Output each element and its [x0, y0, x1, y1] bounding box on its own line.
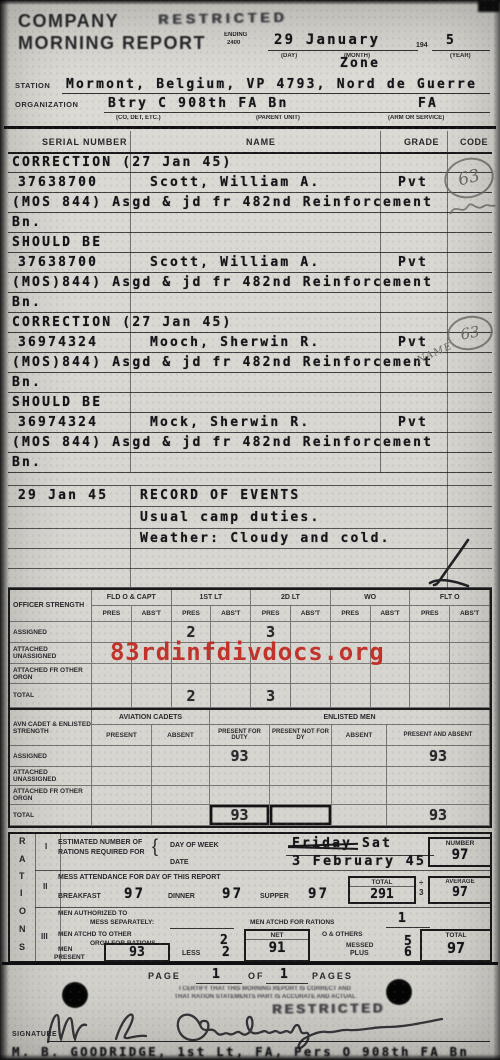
- roster-row: (MOS)844) Asgd & jd fr 482nd Reinforceme…: [8, 272, 492, 293]
- arm-service-caption: (ARM OR SERVICE): [388, 115, 444, 121]
- scan-edge-right: [493, 0, 500, 1060]
- enlisted-cell: [270, 746, 332, 767]
- o-and-others-label-1: O & OTHERS: [322, 931, 362, 938]
- events-col-rule: [130, 485, 131, 587]
- plus-label: PLUS: [350, 950, 369, 957]
- officer-cell: [331, 684, 371, 708]
- plus-value: 6: [404, 945, 414, 960]
- mess-attendance-label: MESS ATTENDANCE FOR DAY OF THIS REPORT: [58, 874, 221, 881]
- officer-cell: [132, 664, 172, 684]
- officer-cell: [371, 684, 411, 708]
- officer-cell: [291, 684, 331, 708]
- dinner-value: 97: [222, 886, 243, 902]
- rations-section: R A T I O N S I II III ESTIMATED NUMBER …: [8, 832, 492, 963]
- officer-row-label: ASSIGNED: [10, 622, 92, 643]
- officer-cell: 2: [172, 684, 212, 708]
- total-label: TOTAL: [350, 878, 414, 887]
- total-iii-box: TOTAL 97: [420, 929, 492, 962]
- roster-row: 36974324 Mock, Sherwin R. Pvt: [8, 412, 492, 433]
- enlisted-cell: [92, 767, 152, 786]
- page-label: PAGE: [148, 971, 181, 981]
- roster-grade: Pvt: [398, 255, 428, 270]
- morning-report-scan: COMPANY MORNING REPORT RESTRICTED ENDING…: [0, 0, 500, 1060]
- officer-cell: [450, 643, 490, 664]
- sub-header: PRESENT FOR DUTY: [210, 725, 270, 746]
- scan-edge-bottom: [0, 1054, 500, 1060]
- number-value: 97: [452, 847, 469, 863]
- enlisted-cell: [332, 746, 387, 767]
- day-of-week-value: Sat: [362, 836, 392, 851]
- roster-note: CORRECTION (27 Jan 45): [12, 155, 233, 170]
- date-label: DATE: [170, 859, 189, 866]
- column-serial-number: SERIAL NUMBER: [42, 137, 127, 147]
- enlisted-cell: [152, 746, 210, 767]
- enlisted-cell: [387, 786, 490, 805]
- rations-letter: A: [19, 854, 26, 864]
- enlisted-men-header: ENLISTED MEN: [210, 710, 490, 725]
- column-code: CODE: [460, 137, 488, 147]
- supper-label: SUPPER: [260, 893, 289, 900]
- men-present-value: 93: [129, 945, 145, 960]
- roster-row: 36974324 Mooch, Sherwin R. Pvt: [8, 332, 492, 353]
- form-title-line2: MORNING REPORT: [18, 33, 206, 54]
- events-title: RECORD OF EVENTS: [140, 488, 300, 503]
- mess-separately-rule: [170, 928, 234, 929]
- roster-row: Bn.: [8, 212, 492, 233]
- roman-numeral-iii: III: [41, 932, 48, 941]
- enlisted-cell: 93: [210, 746, 270, 767]
- roster-row: Bn.: [8, 452, 492, 473]
- rations-divider-2: [35, 907, 490, 908]
- average-box: AVERAGE 97: [428, 876, 492, 904]
- officer-group-header: 1ST LT: [172, 590, 252, 606]
- officer-row-label: ATTACHED UNASSIGNED: [10, 643, 92, 664]
- enlisted-cell: [387, 767, 490, 786]
- enlisted-cell: [210, 786, 270, 805]
- roster-note: SHOULD BE: [12, 395, 102, 410]
- scan-edge-corner: [478, 0, 500, 12]
- rations-letter-col-rule: [35, 834, 36, 961]
- day-of-week-label: DAY OF WEEK: [170, 842, 219, 849]
- men-present-box: 93: [104, 943, 170, 962]
- total-box: TOTAL 291: [348, 876, 416, 904]
- abst-header: ABS'T: [291, 606, 331, 622]
- men-atchd-rations-label: MEN ATCHD FOR RATIONS: [250, 919, 334, 926]
- header-divider: [4, 126, 496, 129]
- pres-header: PRES: [331, 606, 371, 622]
- breakfast-label: BREAKFAST: [58, 893, 101, 900]
- zone-typed: Zone: [340, 56, 380, 71]
- scan-edge-top: [0, 0, 500, 5]
- officer-cell: [450, 684, 490, 708]
- number-label: NUMBER: [446, 839, 475, 847]
- report-date: 29 January: [274, 32, 380, 48]
- events-rule: [8, 528, 492, 529]
- roster-serial: 37638700: [18, 255, 98, 270]
- enlisted-cell: [270, 805, 332, 826]
- events-date: 29 Jan 45: [18, 488, 108, 503]
- ending-label: ENDING: [224, 32, 247, 38]
- enlisted-cell: 93: [210, 805, 270, 826]
- rations-bottom-rule: [2, 962, 498, 965]
- enlisted-cell: [92, 805, 152, 826]
- roster-note: Bn.: [12, 455, 42, 470]
- watermark-url: 83rdinfdivdocs.org: [110, 638, 385, 666]
- enlisted-cell: 93: [387, 805, 490, 826]
- officer-group-header: FLD O & CAPT: [92, 590, 172, 606]
- enlisted-cell: [210, 767, 270, 786]
- enlisted-cell: [92, 746, 152, 767]
- events-rule: [8, 485, 492, 486]
- page-rule: [196, 983, 242, 984]
- station-value: Mormont, Belgium, VP 4793, Nord de Guerr…: [66, 77, 477, 92]
- dinner-label: DINNER: [168, 893, 195, 900]
- officer-cell: [371, 664, 411, 684]
- roster-grade: Pvt: [398, 335, 428, 350]
- certification-line-2: THAT RATION STATEMENTS PART IS ACCURATE …: [130, 994, 400, 1000]
- sub-header: PRESENT NOT FOR DY: [270, 725, 332, 746]
- organization-value: Btry C 908th FA Bn: [108, 96, 288, 111]
- date-rule: [268, 50, 418, 51]
- pres-header: PRES: [92, 606, 132, 622]
- enlisted-cell: [152, 786, 210, 805]
- officer-cell: [450, 622, 490, 643]
- year-rule: [432, 50, 490, 51]
- roster-grade: Pvt: [398, 415, 428, 430]
- officer-cell: [211, 664, 251, 684]
- roster-grade: Pvt: [398, 175, 428, 190]
- sub-header: ABSENT: [152, 725, 210, 746]
- pres-header: PRES: [172, 606, 212, 622]
- enlisted-cell: [92, 786, 152, 805]
- roster-serial: 36974324: [18, 335, 98, 350]
- roster-note: Bn.: [12, 215, 42, 230]
- certification-line-1: I CERTIFY THAT THIS MORNING REPORT IS CO…: [130, 986, 400, 992]
- net-label: NET: [246, 931, 308, 940]
- officer-cell: [172, 664, 212, 684]
- supper-value: 97: [308, 886, 329, 902]
- officer-cell: [92, 684, 132, 708]
- officer-row-label: ATTACHED FR OTHER ORGN: [10, 664, 92, 684]
- rations-letter: T: [19, 871, 25, 881]
- scan-edge-left: [0, 0, 9, 1060]
- officer-group-header: FLT O: [410, 590, 490, 606]
- officer-corner-label: OFFICER STRENGTH: [10, 590, 92, 622]
- roster-note: (MOS)844) Asgd & jd fr 482nd Reinforceme…: [12, 355, 433, 370]
- enlisted-cell: [332, 805, 387, 826]
- pres-header: PRES: [410, 606, 450, 622]
- enlisted-row-label: ATTACHED FR OTHER ORGN: [10, 786, 92, 805]
- officer-group-header: 2D LT: [251, 590, 331, 606]
- roster-row: 37638700 Scott, William A. Pvt: [8, 252, 492, 273]
- rations-letter: O: [19, 906, 26, 916]
- roster-row: (MOS 844) Asgd & jd fr 482nd Reinforceme…: [8, 432, 492, 453]
- arm-of-service-value: FA: [418, 96, 438, 111]
- day-caption: (DAY): [281, 53, 297, 59]
- officer-cell: [450, 664, 490, 684]
- officer-cell: [410, 664, 450, 684]
- co-det-caption: (CO, DET, ETC.): [116, 115, 161, 121]
- officer-cell: [410, 684, 450, 708]
- roster-note: CORRECTION (27 Jan 45): [12, 315, 233, 330]
- roster-note: SHOULD BE: [12, 235, 102, 250]
- form-title-line1: COMPANY: [18, 11, 119, 32]
- officer-cell: [410, 643, 450, 664]
- roman-numeral-i: I: [45, 842, 47, 851]
- year-typed: 5: [446, 33, 456, 48]
- abst-header: ABS'T: [371, 606, 411, 622]
- officer-cell: [211, 684, 251, 708]
- pages-label: PAGES: [312, 971, 353, 981]
- organization-rule: [104, 112, 490, 113]
- enlisted-row-label: TOTAL: [10, 805, 92, 826]
- officer-group-header: WO: [331, 590, 411, 606]
- roster-row: CORRECTION (27 Jan 45): [8, 152, 492, 173]
- less-value: 2: [222, 945, 232, 960]
- enlisted-cell: [152, 767, 210, 786]
- enlisted-cell: [332, 786, 387, 805]
- column-name: NAME: [246, 137, 276, 147]
- roster-name: Scott, William A.: [150, 255, 320, 270]
- atchd-other-label-1: MEN ATCHD TO OTHER: [58, 931, 132, 938]
- station-label: STATION: [15, 81, 50, 90]
- enlisted-corner-label: AVN CADET & ENLISTED STRENGTH: [10, 710, 92, 746]
- restricted-stamp-top: RESTRICTED: [158, 9, 288, 27]
- rations-letter: N: [19, 924, 26, 934]
- roster-row: 37638700 Scott, William A. Pvt: [8, 172, 492, 193]
- officer-cell: [291, 664, 331, 684]
- events-rule: [8, 548, 492, 549]
- net-value: 91: [269, 940, 286, 956]
- number-box: NUMBER 97: [428, 837, 492, 867]
- enlisted-cell: 93: [387, 746, 490, 767]
- signature-rule: [48, 1041, 490, 1042]
- roster-note: Bn.: [12, 375, 42, 390]
- roman-numeral-ii: II: [43, 882, 47, 891]
- total-iii-label: TOTAL: [445, 931, 466, 939]
- pages-rule: [266, 983, 308, 984]
- officer-cell: [132, 684, 172, 708]
- pen-checkmark: [426, 538, 478, 588]
- roster-note: (MOS 844) Asgd & jd fr 482nd Reinforceme…: [12, 195, 433, 210]
- officer-cell: 3: [251, 684, 291, 708]
- station-rule: [62, 93, 490, 94]
- roster-row: SHOULD BE: [8, 392, 492, 413]
- average-value: 97: [452, 885, 468, 900]
- roster-name: Scott, William A.: [150, 175, 320, 190]
- officer-row-label: TOTAL: [10, 684, 92, 708]
- events-rule: [8, 568, 492, 569]
- of-label: OF: [248, 971, 265, 981]
- organization-label: ORGANIZATION: [15, 100, 78, 109]
- abst-header: ABS'T: [450, 606, 490, 622]
- total-value: 291: [370, 887, 393, 902]
- roster-note: Bn.: [12, 295, 42, 310]
- roster-row: SHOULD BE: [8, 232, 492, 253]
- signature-label: SIGNATURE: [12, 1031, 57, 1038]
- abst-header: ABS'T: [132, 606, 172, 622]
- aviation-cadets-header: AVIATION CADETS: [92, 710, 210, 725]
- roster-note: (MOS)844) Asgd & jd fr 482nd Reinforceme…: [12, 275, 433, 290]
- sub-header: PRESENT AND ABSENT: [387, 725, 490, 746]
- year-caption: (YEAR): [450, 53, 471, 59]
- rations-letter: I: [20, 888, 23, 898]
- ending-time: 2400: [227, 40, 240, 46]
- enlisted-cell: [270, 767, 332, 786]
- enlisted-strength-table: AVN CADET & ENLISTED STRENGTH AVIATION C…: [8, 708, 492, 828]
- officer-cell: [92, 664, 132, 684]
- events-rule: [8, 506, 492, 507]
- roster-serial: 37638700: [18, 175, 98, 190]
- roster-note: (MOS 844) Asgd & jd fr 482nd Reinforceme…: [12, 435, 433, 450]
- pres-header: PRES: [251, 606, 291, 622]
- page-number: 1: [212, 967, 222, 982]
- estimated-label-1: ESTIMATED NUMBER OF: [58, 839, 142, 846]
- men-authorized-label-1: MEN AUTHORIZED TO: [58, 910, 127, 917]
- brace: {: [152, 836, 158, 857]
- sub-header: PRESENT: [92, 725, 152, 746]
- roster-row: Bn.: [8, 372, 492, 393]
- officer-cell: [251, 664, 291, 684]
- estimated-label-2: RATIONS REQUIRED FOR: [58, 849, 145, 856]
- officer-cell: [410, 622, 450, 643]
- rations-letter: R: [19, 836, 26, 846]
- sub-header: ABSENT: [332, 725, 387, 746]
- officer-cell: [331, 664, 371, 684]
- atchd-rule: [386, 927, 430, 928]
- parent-unit-caption: (PARENT UNIT): [256, 115, 300, 121]
- men-atchd-rations-value: 1: [398, 911, 408, 926]
- divide-sign: ÷: [419, 878, 423, 887]
- men-authorized-label-2: MESS SEPARATELY:: [90, 919, 154, 926]
- roster-header-row: SERIAL NUMBER NAME GRADE CODE: [8, 131, 492, 154]
- enlisted-row-label: ATTACHED UNASSIGNED: [10, 767, 92, 786]
- pencil-scribble: [446, 196, 498, 224]
- less-label: LESS: [182, 950, 200, 957]
- enlisted-row-label: ASSIGNED: [10, 746, 92, 767]
- net-box: NET 91: [244, 929, 310, 962]
- pencil-code-value: 63: [456, 166, 482, 191]
- men-present-label-2: PRESENT: [54, 954, 85, 961]
- column-grade: GRADE: [404, 137, 439, 147]
- roster-row: Bn.: [8, 292, 492, 313]
- roster-name: Mock, Sherwin R.: [150, 415, 310, 430]
- enlisted-cell: [152, 805, 210, 826]
- rations-letter: S: [19, 942, 25, 952]
- roster-name: Mooch, Sherwin R.: [150, 335, 320, 350]
- total-iii-value: 97: [447, 939, 465, 957]
- abst-header: ABS'T: [211, 606, 251, 622]
- pages-total: 1: [280, 967, 290, 982]
- events-line-2: Weather: Cloudy and cold.: [140, 531, 391, 546]
- enlisted-cell: [332, 767, 387, 786]
- breakfast-value: 97: [124, 886, 145, 902]
- divide-by: 3: [419, 888, 423, 897]
- events-line-1: Usual camp duties.: [140, 510, 320, 525]
- pencil-code-value: 63: [459, 322, 481, 343]
- men-present-label-1: MEN: [58, 946, 72, 953]
- rations-date-value: 3 February 45: [292, 853, 426, 869]
- roster-serial: 36974324: [18, 415, 98, 430]
- enlisted-cell: [270, 786, 332, 805]
- rations-divider-1: [35, 870, 490, 871]
- year-printed: 194: [416, 42, 428, 49]
- average-label: AVERAGE: [445, 878, 474, 885]
- o-and-others-label-2: MESSED: [346, 942, 373, 949]
- roster-row: (MOS 844) Asgd & jd fr 482nd Reinforceme…: [8, 192, 492, 213]
- roster-row: CORRECTION (27 Jan 45): [8, 312, 492, 333]
